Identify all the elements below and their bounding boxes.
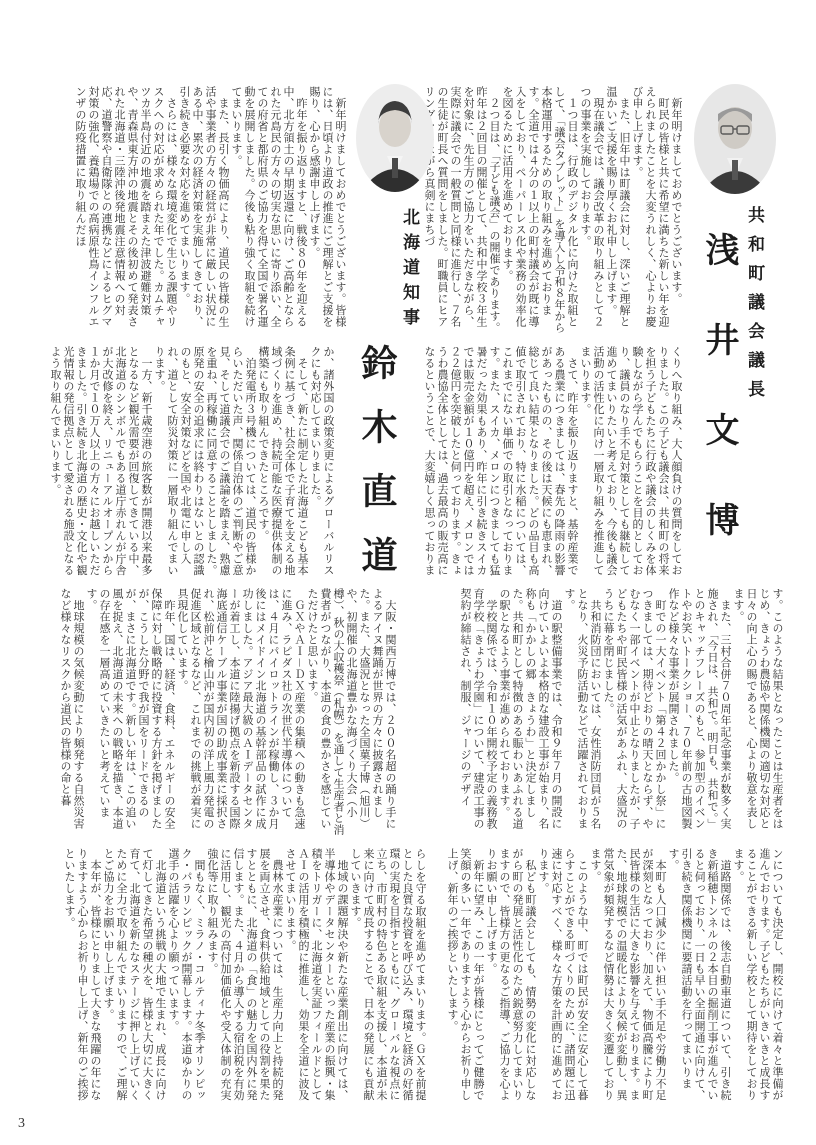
newsletter-page: 共和町議会議長 浅井文博 新年明けましておめでとうございます。 町民の皆様と共に… (0, 0, 816, 1145)
suzuki-body-band-b: か、諸外国の政策変更によるグローバルリスクにも対応してまいりました。 そして、新… (30, 346, 334, 582)
suzuki-body-band-d: らしを守る取組を進めてまいります。ＧＸを前提とした良質な投資を呼び込み、環境と経… (30, 848, 426, 1102)
suzuki-body-band-c: 大阪・関西万博では、２００名超の踊り手によるアイヌ舞踊が世界の方々に披露されまし… (30, 588, 396, 840)
asai-author-name: 浅井文博 (694, 232, 743, 592)
suzuki-portrait-image (356, 84, 434, 192)
asai-portrait-image (694, 84, 776, 194)
suzuki-portrait-photo (356, 84, 434, 192)
suzuki-body-band-a: 新年明けましておめでとうございます。皆様には、日頃より道政の推進にご理解とご支援… (30, 86, 346, 336)
asai-body-band-d: ンについても決定し、開校に向けて着々と準備が進んでおります。子どもたちがいきいき… (432, 848, 783, 1102)
asai-role-title: 共和町議会議長 (742, 206, 767, 409)
suzuki-author-name: 鈴木直道 (352, 344, 403, 600)
suzuki-role-title: 北海道知事 (397, 208, 422, 333)
asai-body-band-a: 新年明けましておめでとうございます。 町民の皆様と共に希望に満ちた新しい年を迎え… (420, 86, 682, 336)
asai-body-band-c: す。このような結果となったことは生産者をはじめ、きょうわ農協や関係機関の適切な対… (402, 588, 783, 840)
asai-portrait-photo (694, 84, 776, 194)
asai-body-band-b: くりへ取り組み、大人顔負けの質問をしておりました。この子ども議会は、共和町の将来… (420, 346, 682, 582)
page-number: 3 (18, 1116, 25, 1132)
